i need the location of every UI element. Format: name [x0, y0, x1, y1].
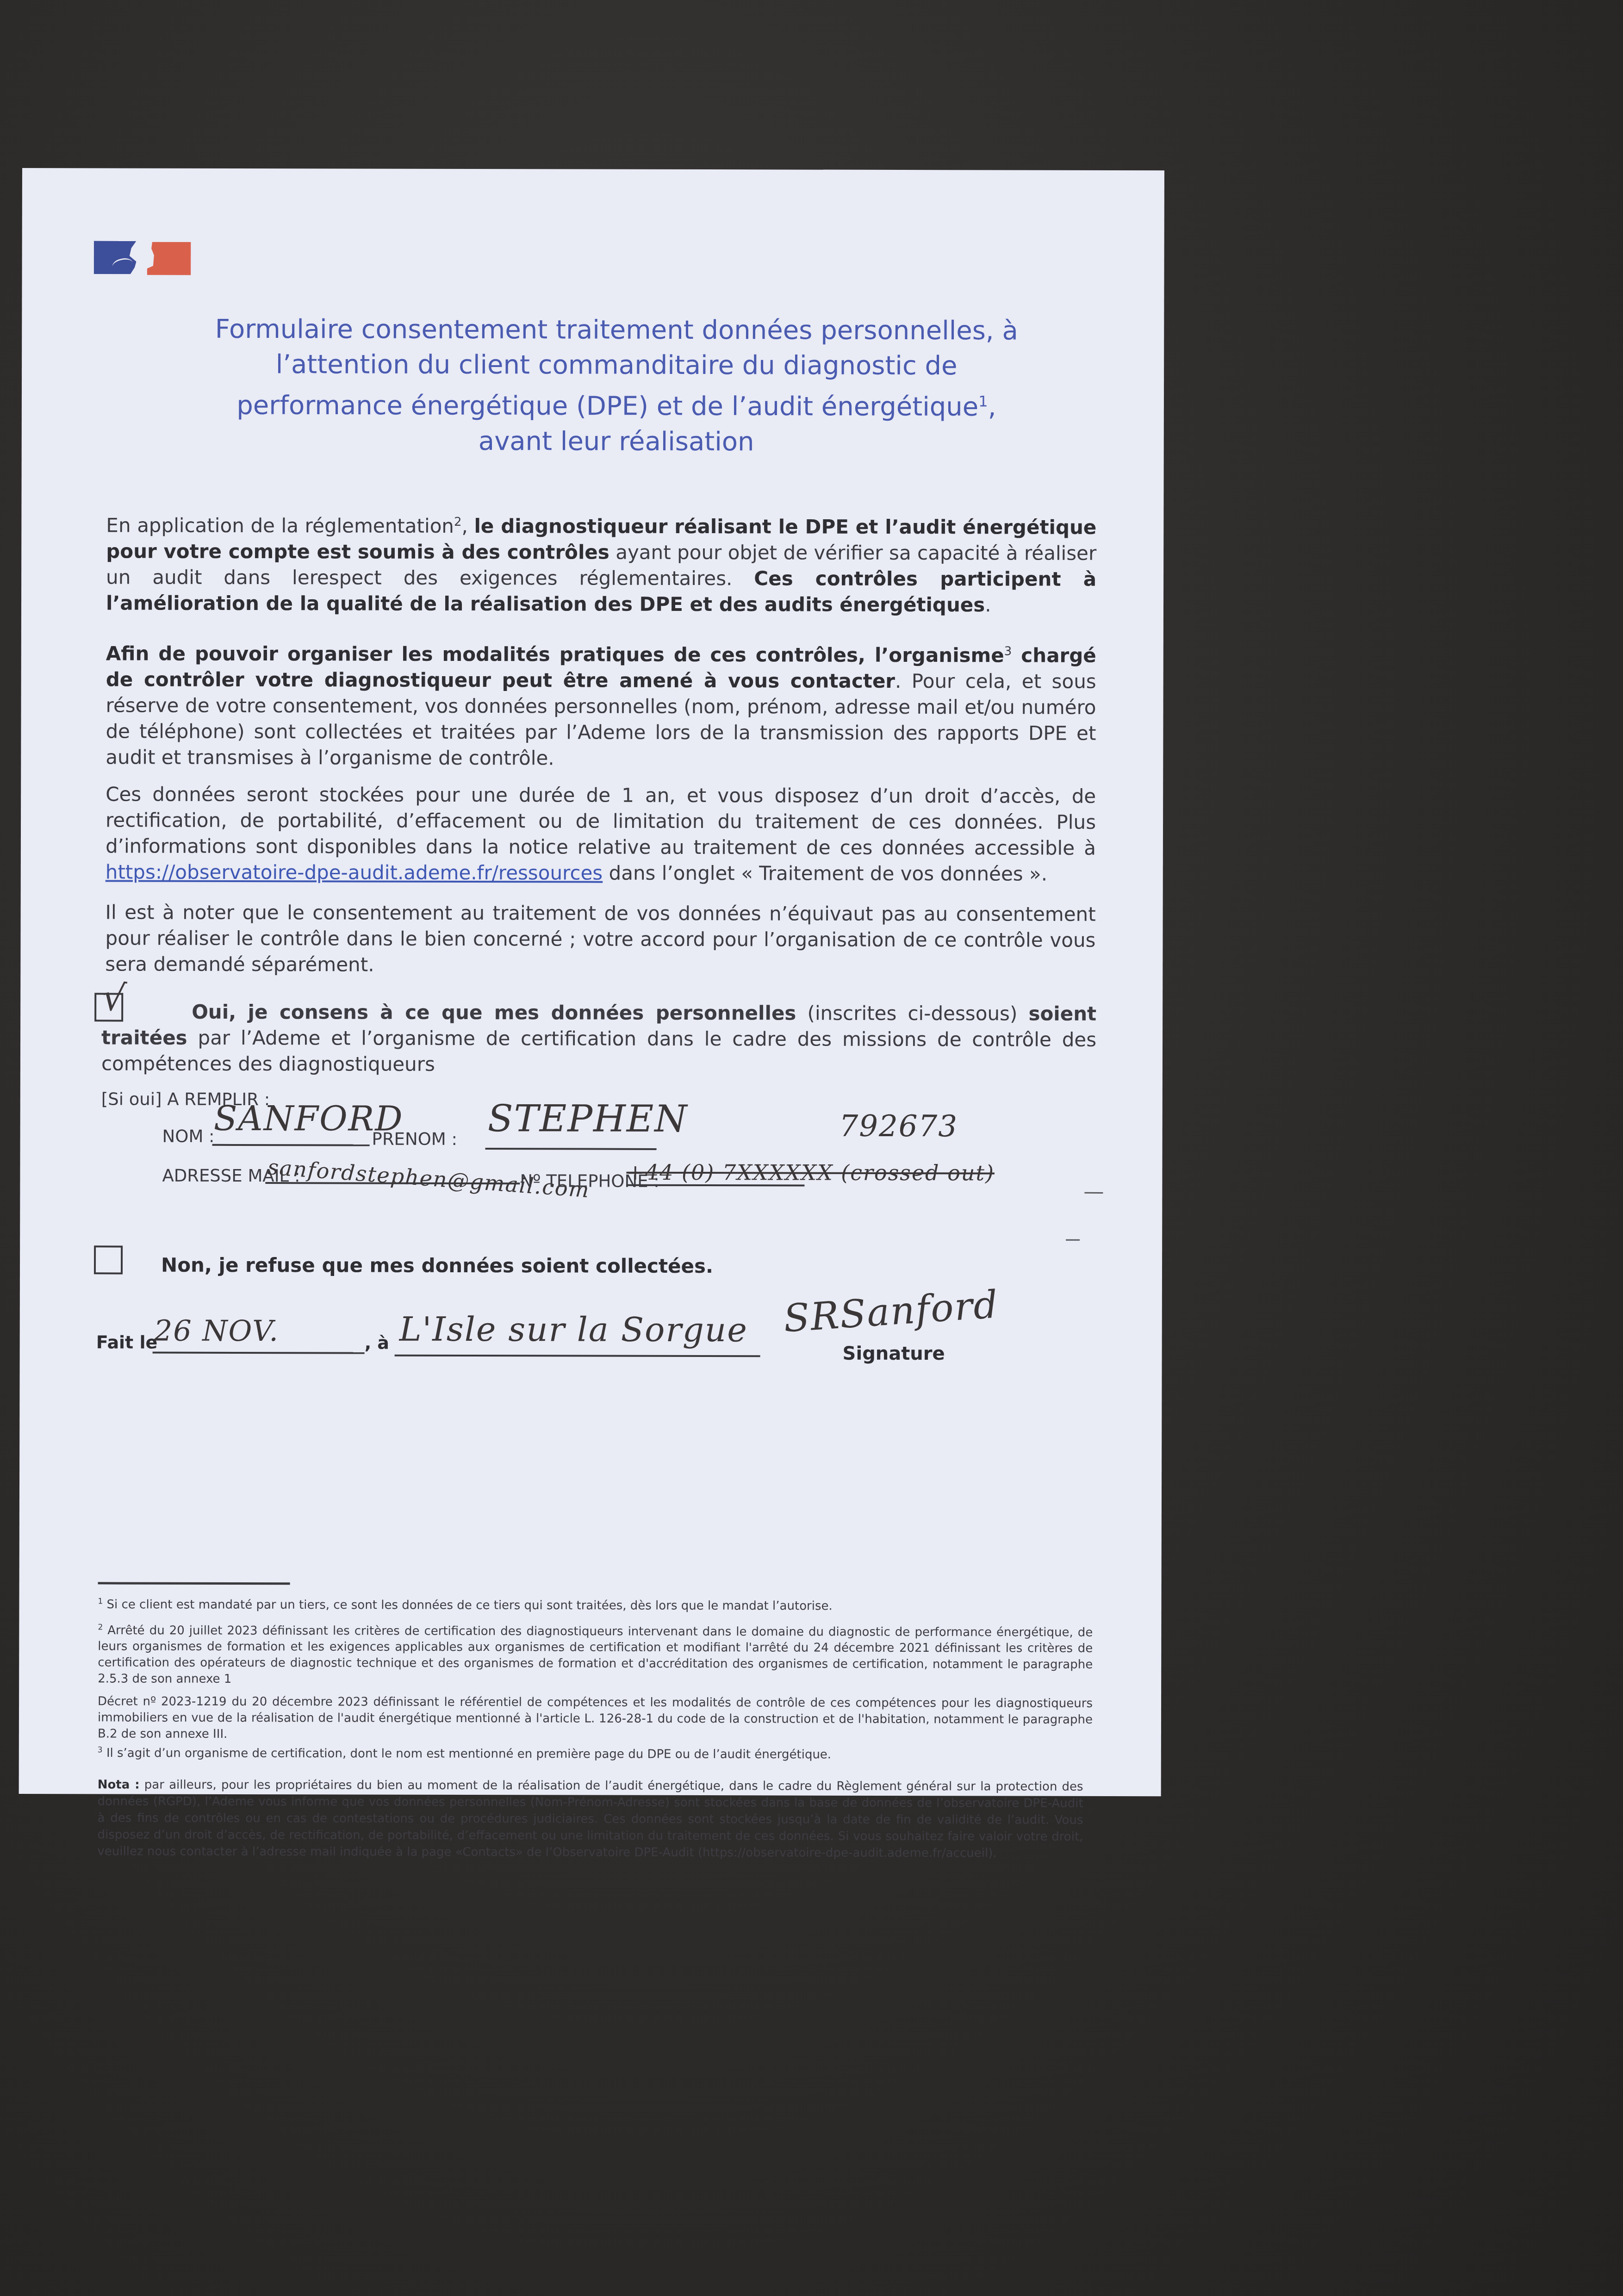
paragraph-regulation: En application de la réglementation2, le… — [106, 508, 1096, 618]
paragraph-storage: Ces données seront stockées pour une dur… — [106, 781, 1096, 887]
a-label: , à — [365, 1333, 389, 1353]
marianne-logo-icon — [94, 241, 191, 275]
nom-field-line — [212, 1144, 370, 1146]
consent-no-checkbox[interactable] — [94, 1245, 123, 1274]
signature-field[interactable]: SRSanford — [782, 1282, 1000, 1341]
date-field[interactable]: 26 NOV. — [154, 1314, 279, 1348]
footnote-separator — [98, 1582, 290, 1585]
footnote-3: 3 Il s’agit d’un organisme de certificat… — [98, 1742, 1093, 1764]
nom-label: NOM : — [162, 1126, 215, 1146]
consent-yes-label: Oui, je consens à ce que mes données per… — [101, 999, 1096, 1079]
telephone-field[interactable]: +44 (0) 7XXXXXX (crossed out) — [626, 1160, 995, 1186]
paragraph-contact: Afin de pouvoir organiser les modalités … — [106, 636, 1096, 772]
form-title: Formulaire consentement traitement donné… — [91, 311, 1142, 460]
scan-speck — [1066, 1239, 1080, 1241]
footnote-1: 1 Si ce client est mandaté par un tiers,… — [98, 1593, 1093, 1615]
consent-form-page: Formulaire consentement traitement donné… — [19, 168, 1164, 1796]
place-field[interactable]: L'Isle sur la Sorgue — [399, 1310, 748, 1350]
paragraph-note: Il est à noter que le consentement au tr… — [105, 899, 1095, 979]
footnote-2-decree: Décret nº 2023-1219 du 20 décembre 2023 … — [98, 1694, 1093, 1745]
place-field-line — [395, 1355, 760, 1357]
footnotes: 1 Si ce client est mandaté par un tiers,… — [98, 1593, 1093, 1770]
consent-no-label: Non, je refuse que mes données soient co… — [161, 1254, 713, 1277]
scan-speck — [1084, 1192, 1103, 1194]
phone-extra-digits: 792673 — [839, 1109, 958, 1144]
date-field-line — [153, 1352, 365, 1354]
footnote-2: 2 Arrêté du 20 juillet 2023 définissant … — [98, 1619, 1093, 1689]
prenom-label: PRENOM : — [372, 1129, 457, 1149]
prenom-field[interactable]: STEPHEN — [488, 1097, 688, 1140]
prenom-field-line — [485, 1148, 657, 1150]
signature-label: Signature — [843, 1343, 945, 1364]
nota-paragraph: Nota : par ailleurs, pour les propriétai… — [97, 1776, 1083, 1861]
ressources-link[interactable]: https://observatoire-dpe-audit.ademe.fr/… — [106, 860, 603, 884]
fait-le-label: Fait le — [96, 1332, 158, 1352]
